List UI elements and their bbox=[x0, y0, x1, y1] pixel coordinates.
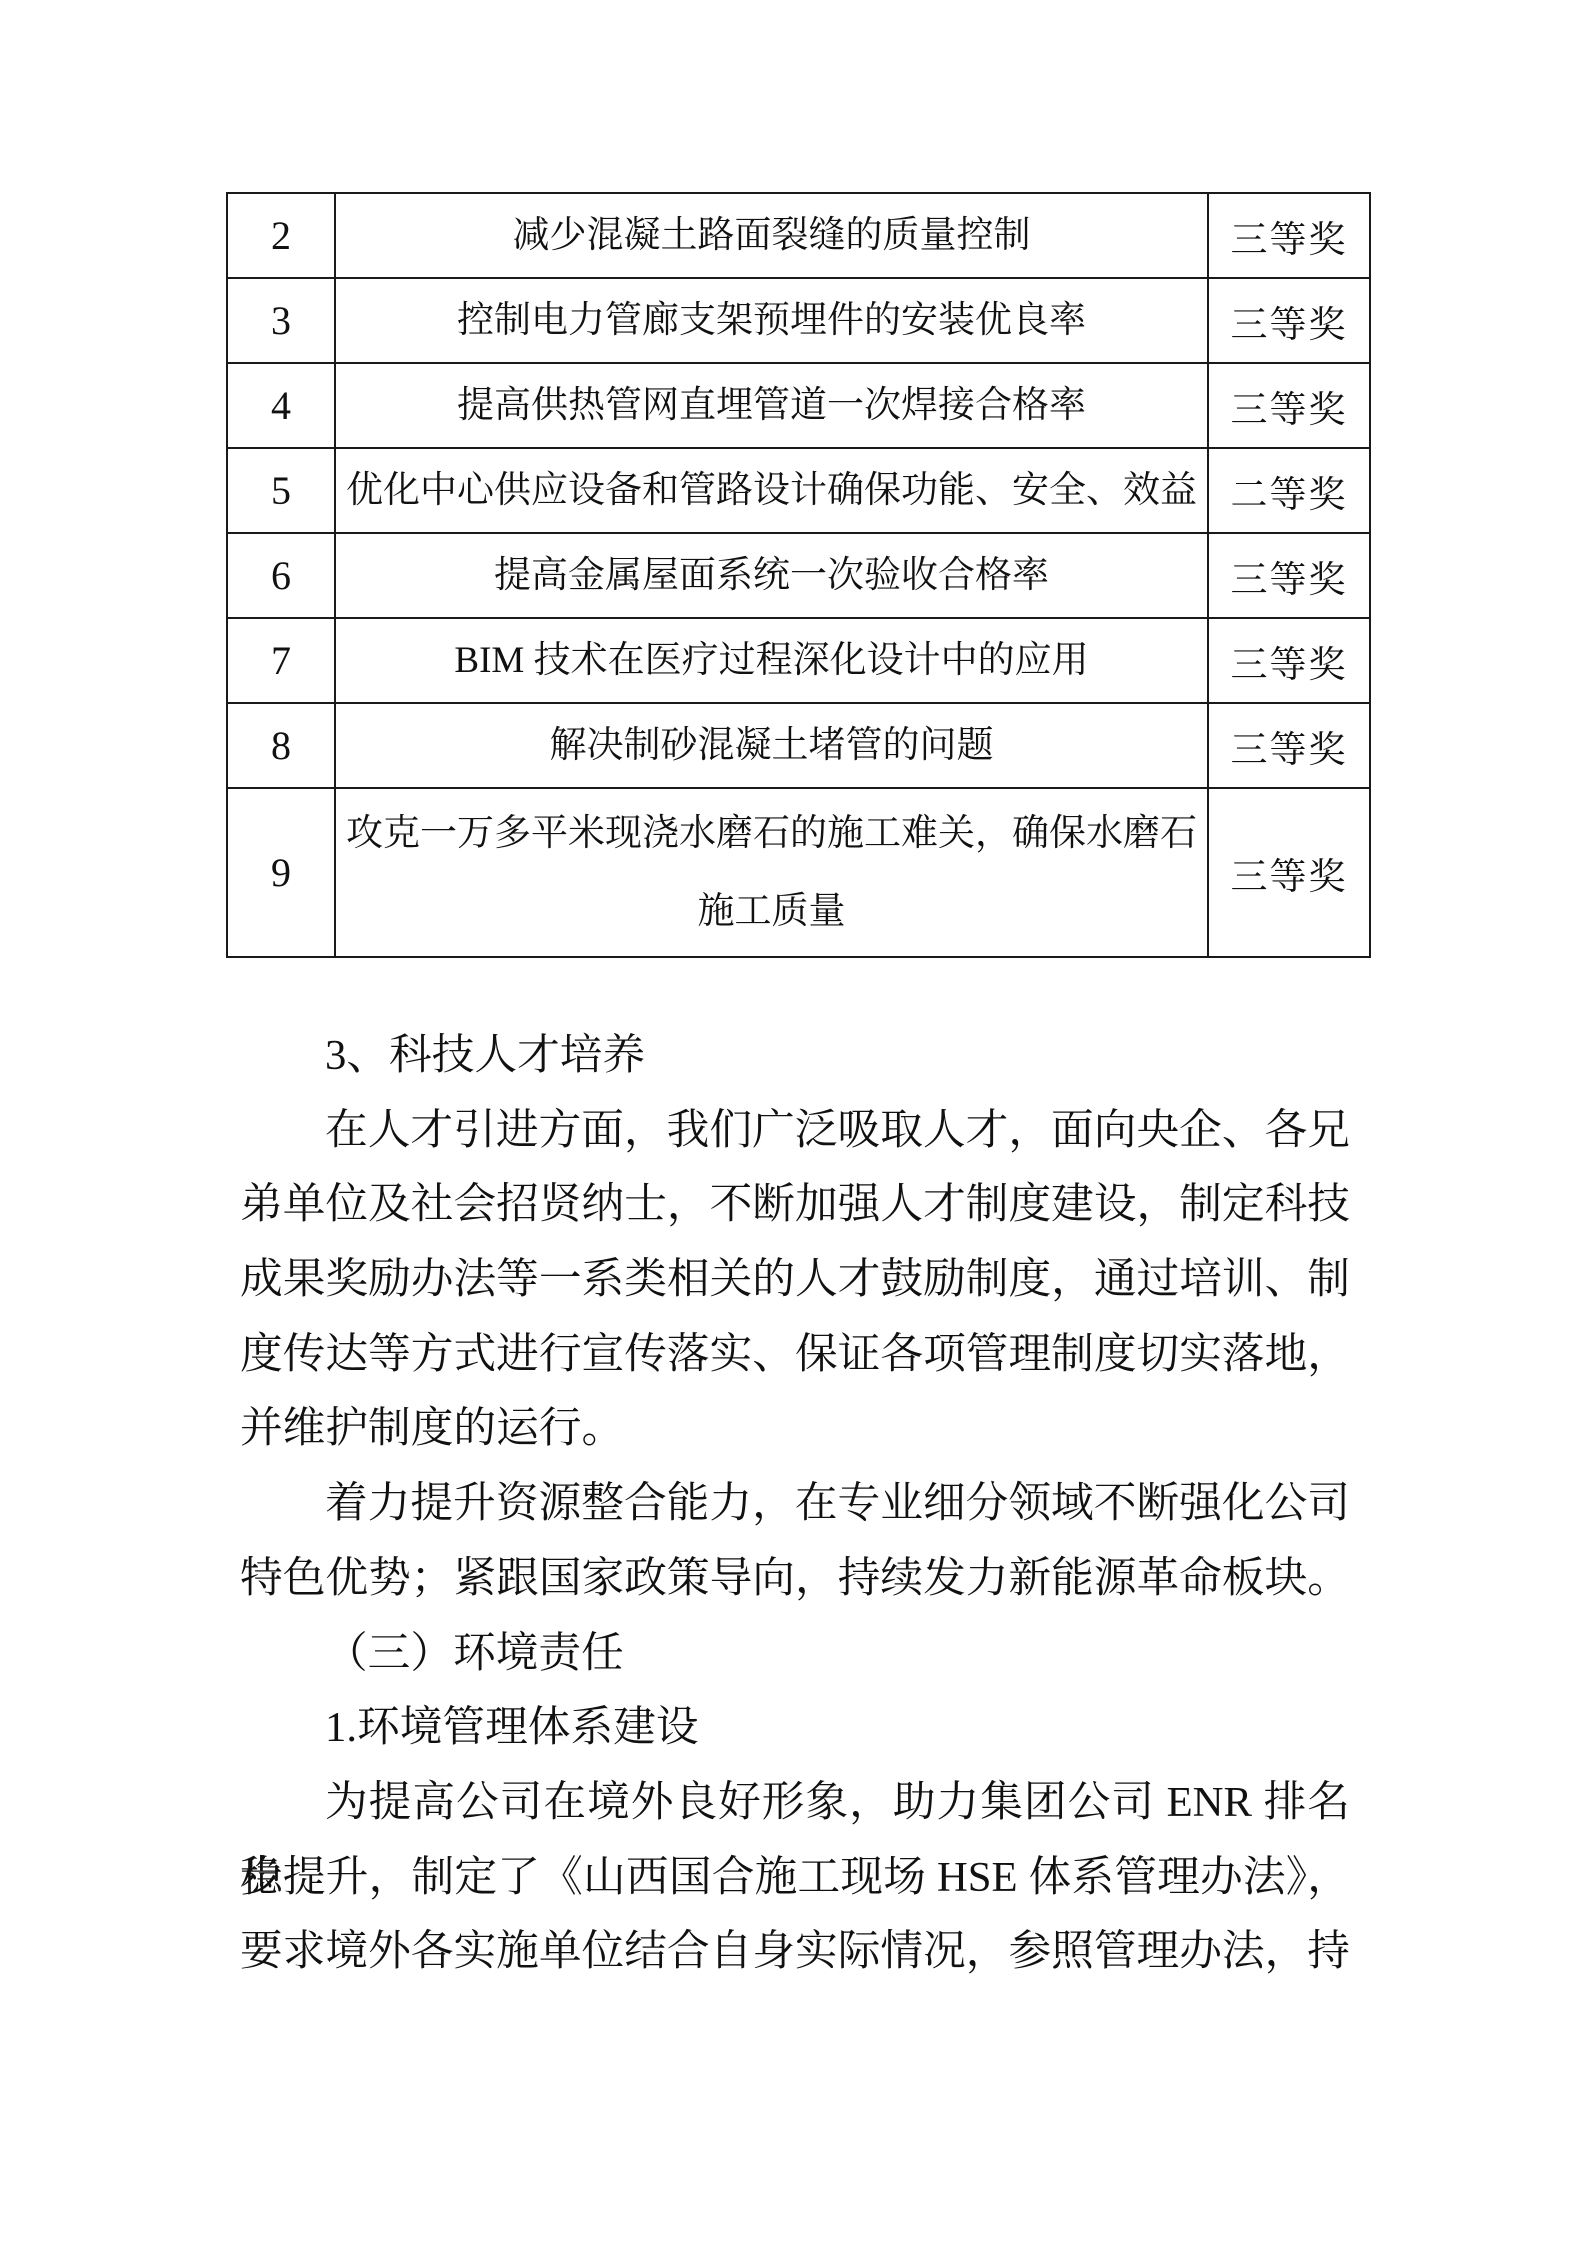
award-level-cell: 三等奖 bbox=[1208, 618, 1370, 703]
table-row: 6 提高金属屋面系统一次验收合格率 三等奖 bbox=[227, 533, 1370, 618]
body-text: 3、科技人才培养 在人才引进方面，我们广泛吸取人才，面向央企、各兄 弟单位及社会… bbox=[240, 1019, 1350, 1990]
heading-line: （三）环境责任 bbox=[240, 1617, 1350, 1692]
table-row: 3 控制电力管廊支架预埋件的安装优良率 三等奖 bbox=[227, 278, 1370, 363]
award-level-cell: 三等奖 bbox=[1208, 533, 1370, 618]
project-name-cell: 提高供热管网直埋管道一次焊接合格率 bbox=[335, 363, 1208, 448]
award-level-cell: 三等奖 bbox=[1208, 278, 1370, 363]
table-row: 8 解决制砂混凝土堵管的问题 三等奖 bbox=[227, 703, 1370, 788]
paragraph-line: 步提升，制定了《山西国合施工现场 HSE 体系管理办法》， bbox=[240, 1841, 1350, 1916]
paragraph-line: 要求境外各实施单位结合自身实际情况，参照管理办法，持 bbox=[240, 1915, 1350, 1990]
heading-line: 1.环境管理体系建设 bbox=[240, 1691, 1350, 1766]
paragraph-line: 特色优势；紧跟国家政策导向，持续发力新能源革命板块。 bbox=[240, 1542, 1350, 1617]
table-row: 2 减少混凝土路面裂缝的质量控制 三等奖 bbox=[227, 193, 1370, 278]
project-name-cell: 控制电力管廊支架预埋件的安装优良率 bbox=[335, 278, 1208, 363]
row-number-cell: 3 bbox=[227, 278, 335, 363]
project-name-cell: BIM 技术在医疗过程深化设计中的应用 bbox=[335, 618, 1208, 703]
award-level-cell: 三等奖 bbox=[1208, 788, 1370, 957]
award-level-cell: 三等奖 bbox=[1208, 363, 1370, 448]
paragraph-line: 并维护制度的运行。 bbox=[240, 1392, 1350, 1467]
paragraph-line: 为提高公司在境外良好形象，助力集团公司 ENR 排名稳 bbox=[240, 1766, 1350, 1841]
award-level-cell: 三等奖 bbox=[1208, 703, 1370, 788]
award-level-cell: 三等奖 bbox=[1208, 193, 1370, 278]
row-number-cell: 6 bbox=[227, 533, 335, 618]
project-name-cell: 解决制砂混凝土堵管的问题 bbox=[335, 703, 1208, 788]
row-number-cell: 8 bbox=[227, 703, 335, 788]
award-level-cell: 二等奖 bbox=[1208, 448, 1370, 533]
heading-line: 3、科技人才培养 bbox=[240, 1019, 1350, 1094]
project-name-cell: 攻克一万多平米现浇水磨石的施工难关，确保水磨石 施工质量 bbox=[335, 788, 1208, 957]
project-name-cell: 减少混凝土路面裂缝的质量控制 bbox=[335, 193, 1208, 278]
row-number-cell: 2 bbox=[227, 193, 335, 278]
table-row: 9 攻克一万多平米现浇水磨石的施工难关，确保水磨石 施工质量 三等奖 bbox=[227, 788, 1370, 957]
paragraph-line: 成果奖励办法等一系类相关的人才鼓励制度，通过培训、制 bbox=[240, 1243, 1350, 1318]
table-row: 4 提高供热管网直埋管道一次焊接合格率 三等奖 bbox=[227, 363, 1370, 448]
project-name-cell: 提高金属屋面系统一次验收合格率 bbox=[335, 533, 1208, 618]
row-number-cell: 4 bbox=[227, 363, 335, 448]
paragraph-line: 在人才引进方面，我们广泛吸取人才，面向央企、各兄 bbox=[240, 1094, 1350, 1169]
row-number-cell: 5 bbox=[227, 448, 335, 533]
project-name-cell: 优化中心供应设备和管路设计确保功能、安全、效益 bbox=[335, 448, 1208, 533]
paragraph-line: 着力提升资源整合能力，在专业细分领域不断强化公司 bbox=[240, 1467, 1350, 1542]
document-page: 2 减少混凝土路面裂缝的质量控制 三等奖 3 控制电力管廊支架预埋件的安装优良率… bbox=[0, 0, 1587, 2245]
paragraph-line: 弟单位及社会招贤纳士，不断加强人才制度建设，制定科技 bbox=[240, 1168, 1350, 1243]
table-row: 7 BIM 技术在医疗过程深化设计中的应用 三等奖 bbox=[227, 618, 1370, 703]
table-row: 5 优化中心供应设备和管路设计确保功能、安全、效益 二等奖 bbox=[227, 448, 1370, 533]
paragraph-line: 度传达等方式进行宣传落实、保证各项管理制度切实落地， bbox=[240, 1318, 1350, 1393]
awards-table: 2 减少混凝土路面裂缝的质量控制 三等奖 3 控制电力管廊支架预埋件的安装优良率… bbox=[226, 192, 1371, 958]
row-number-cell: 7 bbox=[227, 618, 335, 703]
row-number-cell: 9 bbox=[227, 788, 335, 957]
